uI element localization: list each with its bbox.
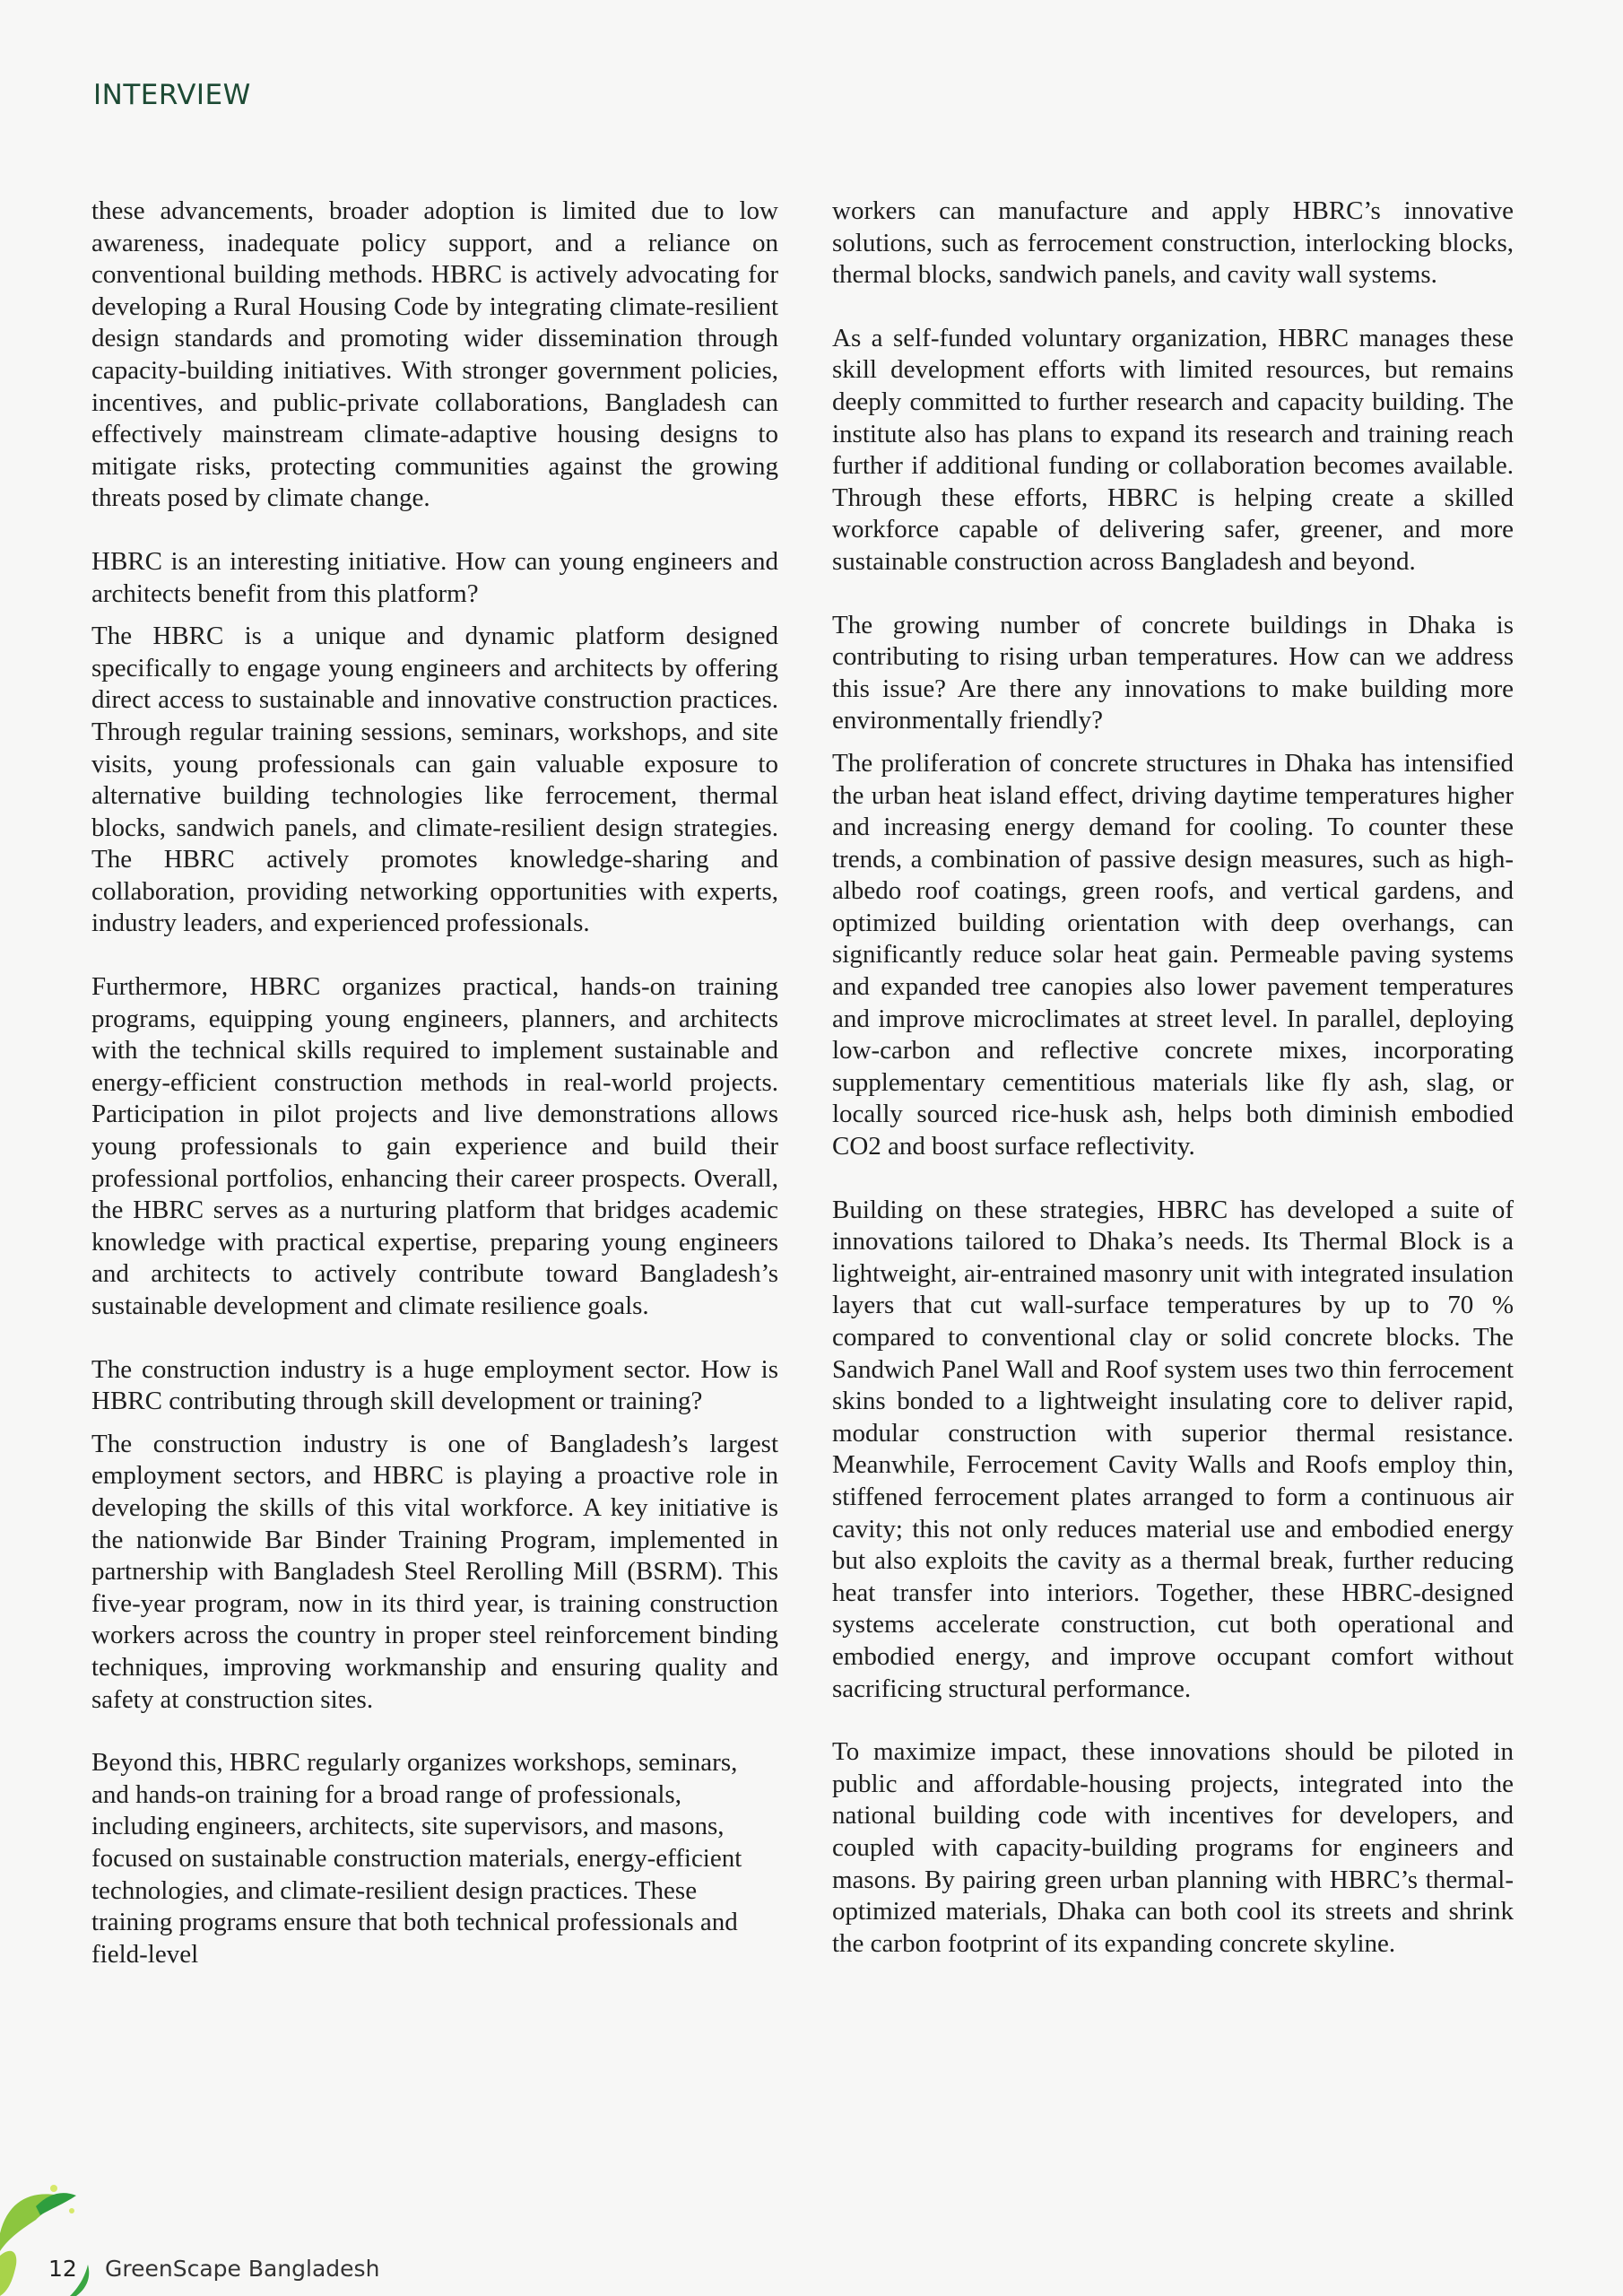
answer-paragraph: these advancements, broader adoption is … [91, 196, 778, 515]
answer-paragraph: The HBRC is a unique and dynamic platfor… [91, 621, 778, 940]
question-paragraph: The construction industry is a huge empl… [91, 1354, 778, 1418]
question-paragraph: HBRC is an interesting initiative. How c… [91, 546, 778, 610]
question-paragraph: The growing number of concrete buildings… [832, 610, 1514, 737]
answer-paragraph: The construction industry is one of Bang… [91, 1429, 778, 1716]
answer-paragraph: Furthermore, HBRC organizes practical, h… [91, 971, 778, 1323]
answer-paragraph: Beyond this, HBRC regularly organizes wo… [91, 1747, 778, 1970]
answer-paragraph: Building on these strategies, HBRC has d… [832, 1195, 1514, 1706]
section-label: INTERVIEW [93, 79, 251, 111]
answer-paragraph: workers can manufacture and apply HBRC’s… [832, 196, 1514, 291]
page-number: 12 [48, 2256, 77, 2282]
answer-paragraph: To maximize impact, these innovations sh… [832, 1736, 1514, 1960]
answer-paragraph: The proliferation of concrete structures… [832, 748, 1514, 1163]
answer-paragraph: As a self-funded voluntary organization,… [832, 323, 1514, 578]
left-column: these advancements, broader adoption is … [91, 196, 778, 1970]
right-column: workers can manufacture and apply HBRC’s… [832, 196, 1514, 1960]
publication-title: GreenScape Bangladesh [105, 2256, 379, 2282]
